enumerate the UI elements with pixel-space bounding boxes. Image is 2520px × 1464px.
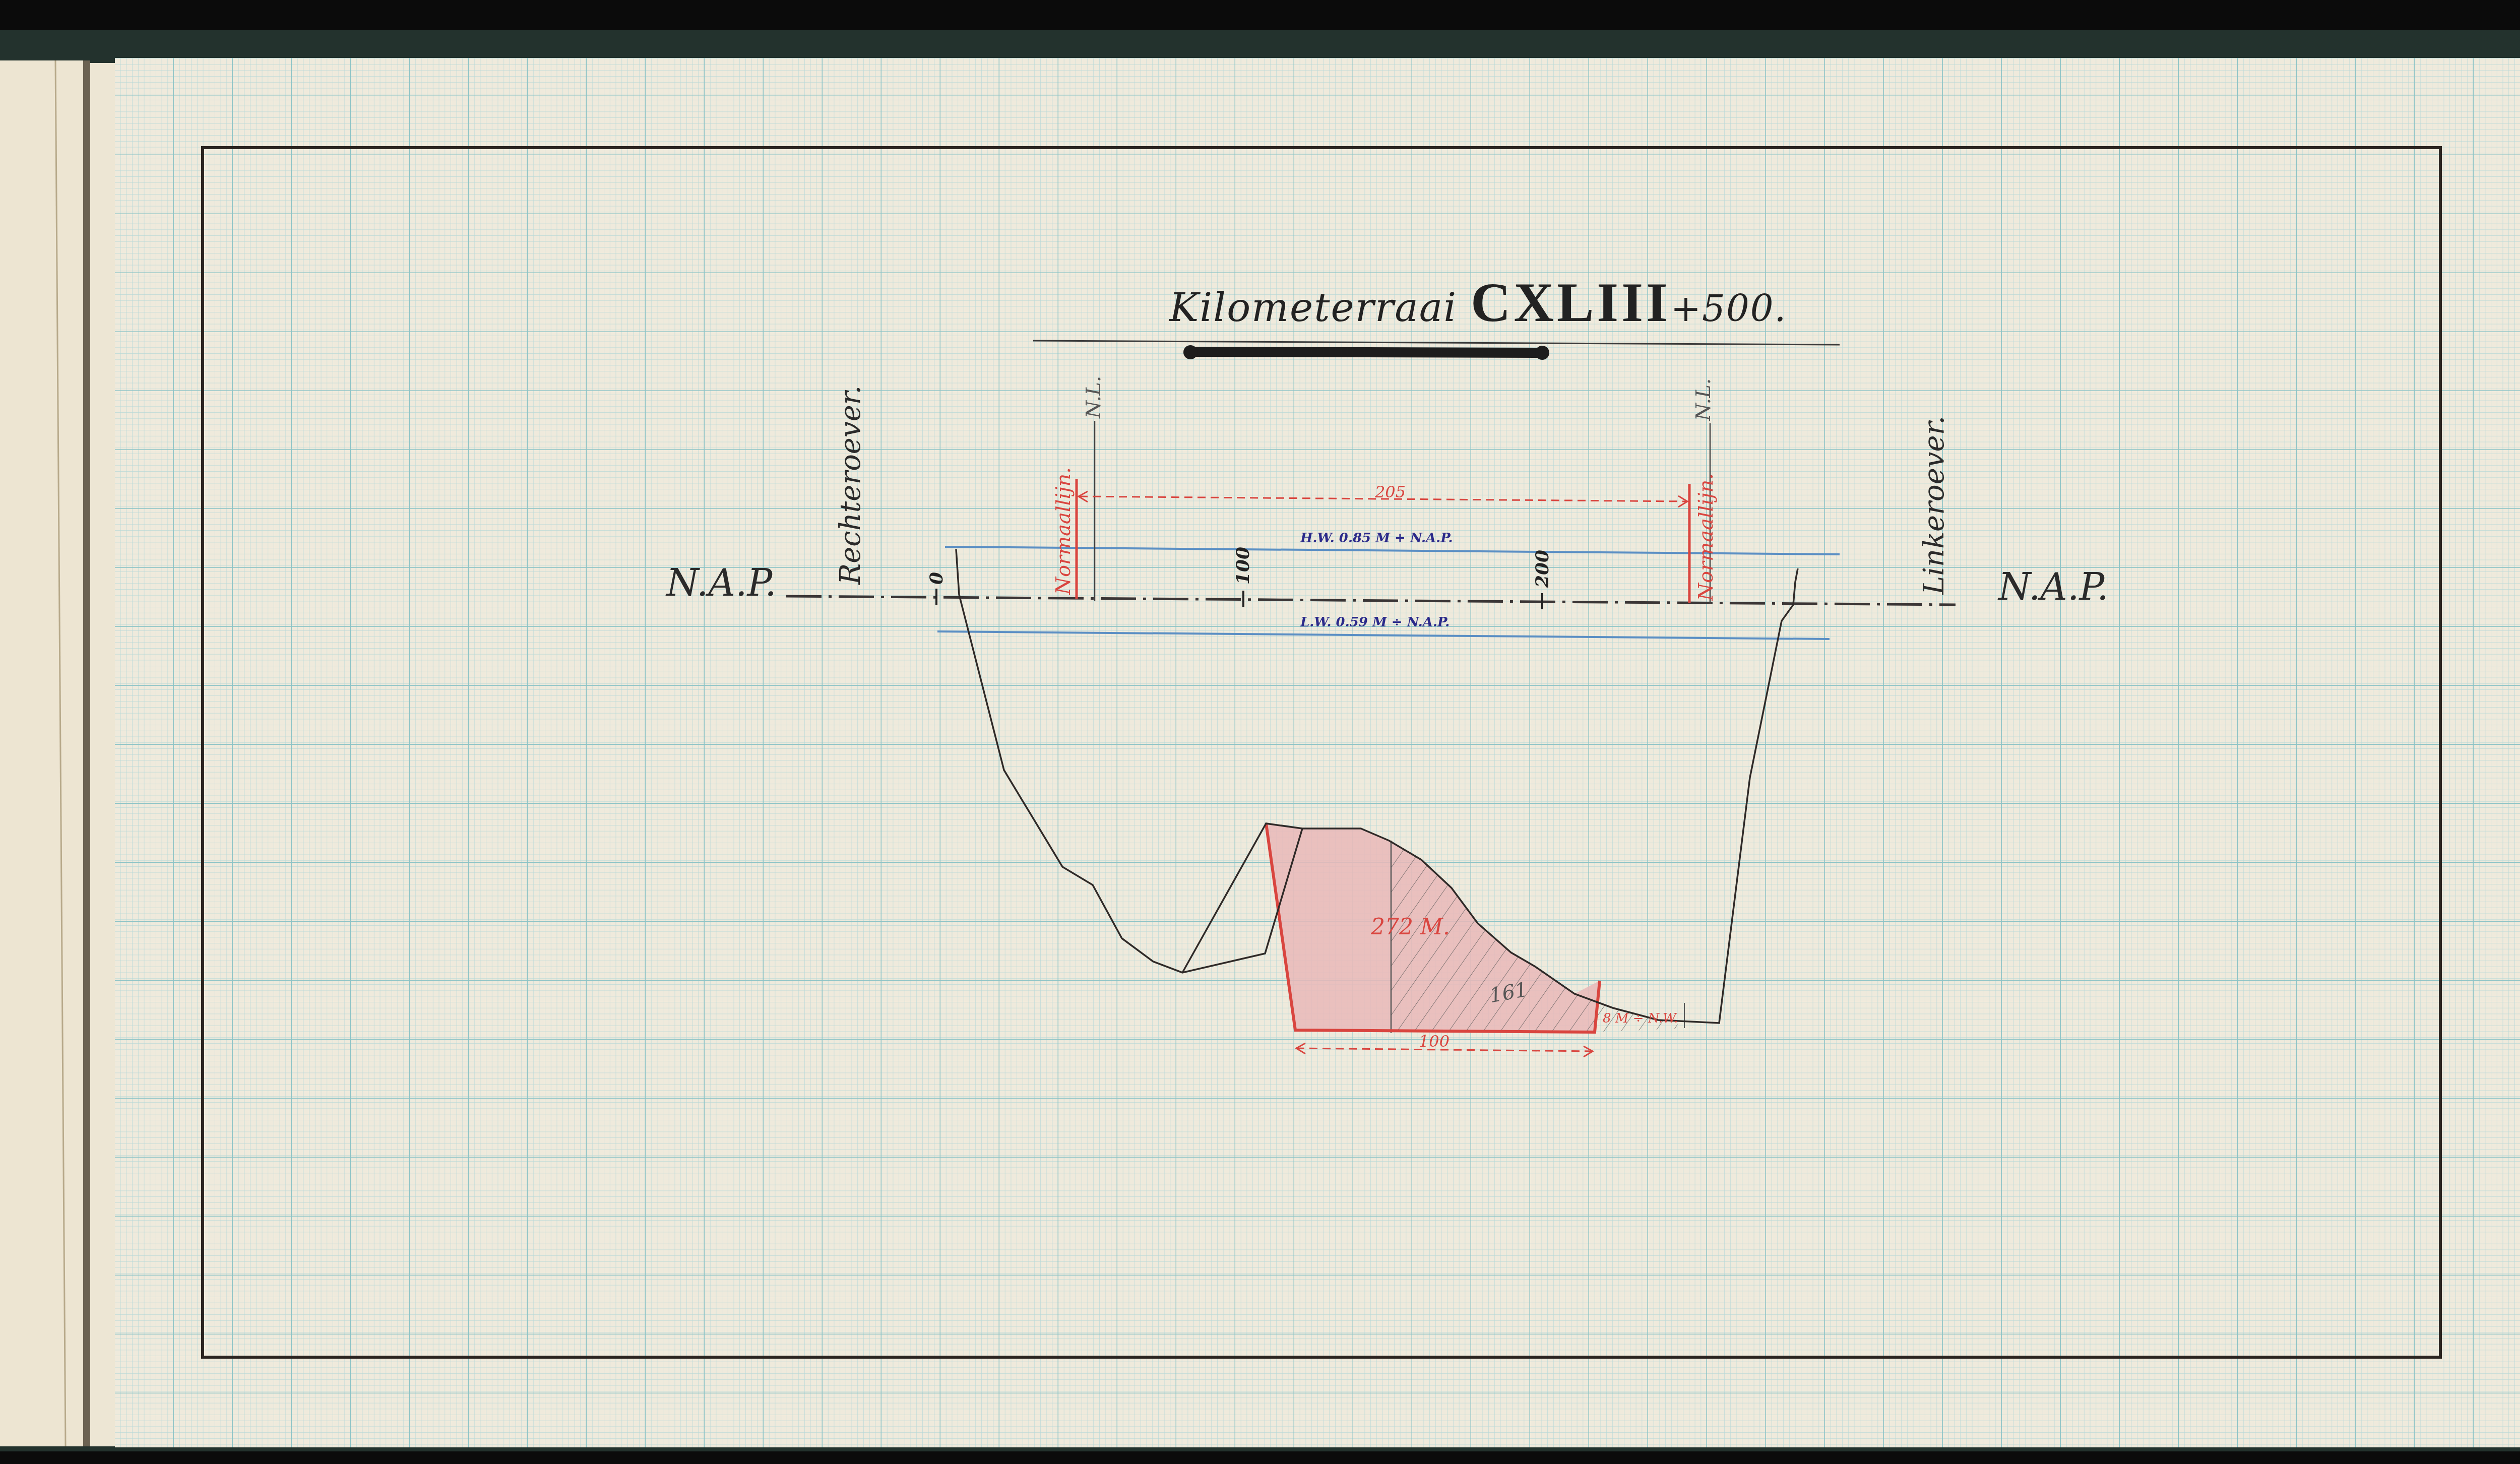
drawing-title: Kilometerraai CXLIII+500. (1169, 275, 1787, 330)
title-ornament-bar (1190, 352, 1542, 353)
tick-label-0: 0 (927, 572, 946, 585)
title-suffix: +500. (1671, 287, 1787, 330)
title-prefix: Kilometerraai (1169, 285, 1471, 331)
normaallijn-label-right: Normaallijn. (1696, 473, 1716, 601)
cross-section-drawing (0, 0, 2520, 1464)
right-bank-label: Rechteroever. (837, 386, 865, 585)
dredge-depth-label: 8 M ÷ N.W. (1603, 1012, 1678, 1025)
left-page (0, 60, 86, 1446)
normaallijn-label-left: Normaallijn. (1053, 467, 1074, 595)
nl-label-right: N.L. (1693, 378, 1714, 421)
dredge-area-label: 272 M. (1371, 916, 1450, 938)
dredge-width-label: 100 (1419, 1033, 1450, 1049)
title-roman-numeral: CXLIII (1471, 272, 1671, 333)
nl-label-left: N.L. (1084, 376, 1104, 418)
nap-label-left: N.A.P. (666, 564, 777, 602)
book-gutter (83, 60, 90, 1446)
drawing-sheet: Kilometerraai CXLIII+500. N.A.P. N.A.P. … (0, 0, 2520, 1464)
normal-width-label: 205 (1375, 484, 1406, 500)
high-water-label: H.W. 0.85 M + N.A.P. (1300, 532, 1453, 545)
low-water-label: L.W. 0.59 M ÷ N.A.P. (1300, 616, 1450, 629)
nap-label-right: N.A.P. (1998, 568, 2109, 606)
left-bank-label: Linkeroever. (1920, 416, 1948, 595)
tick-label-100: 100 (1234, 547, 1252, 585)
tick-label-200: 200 (1533, 550, 1551, 588)
